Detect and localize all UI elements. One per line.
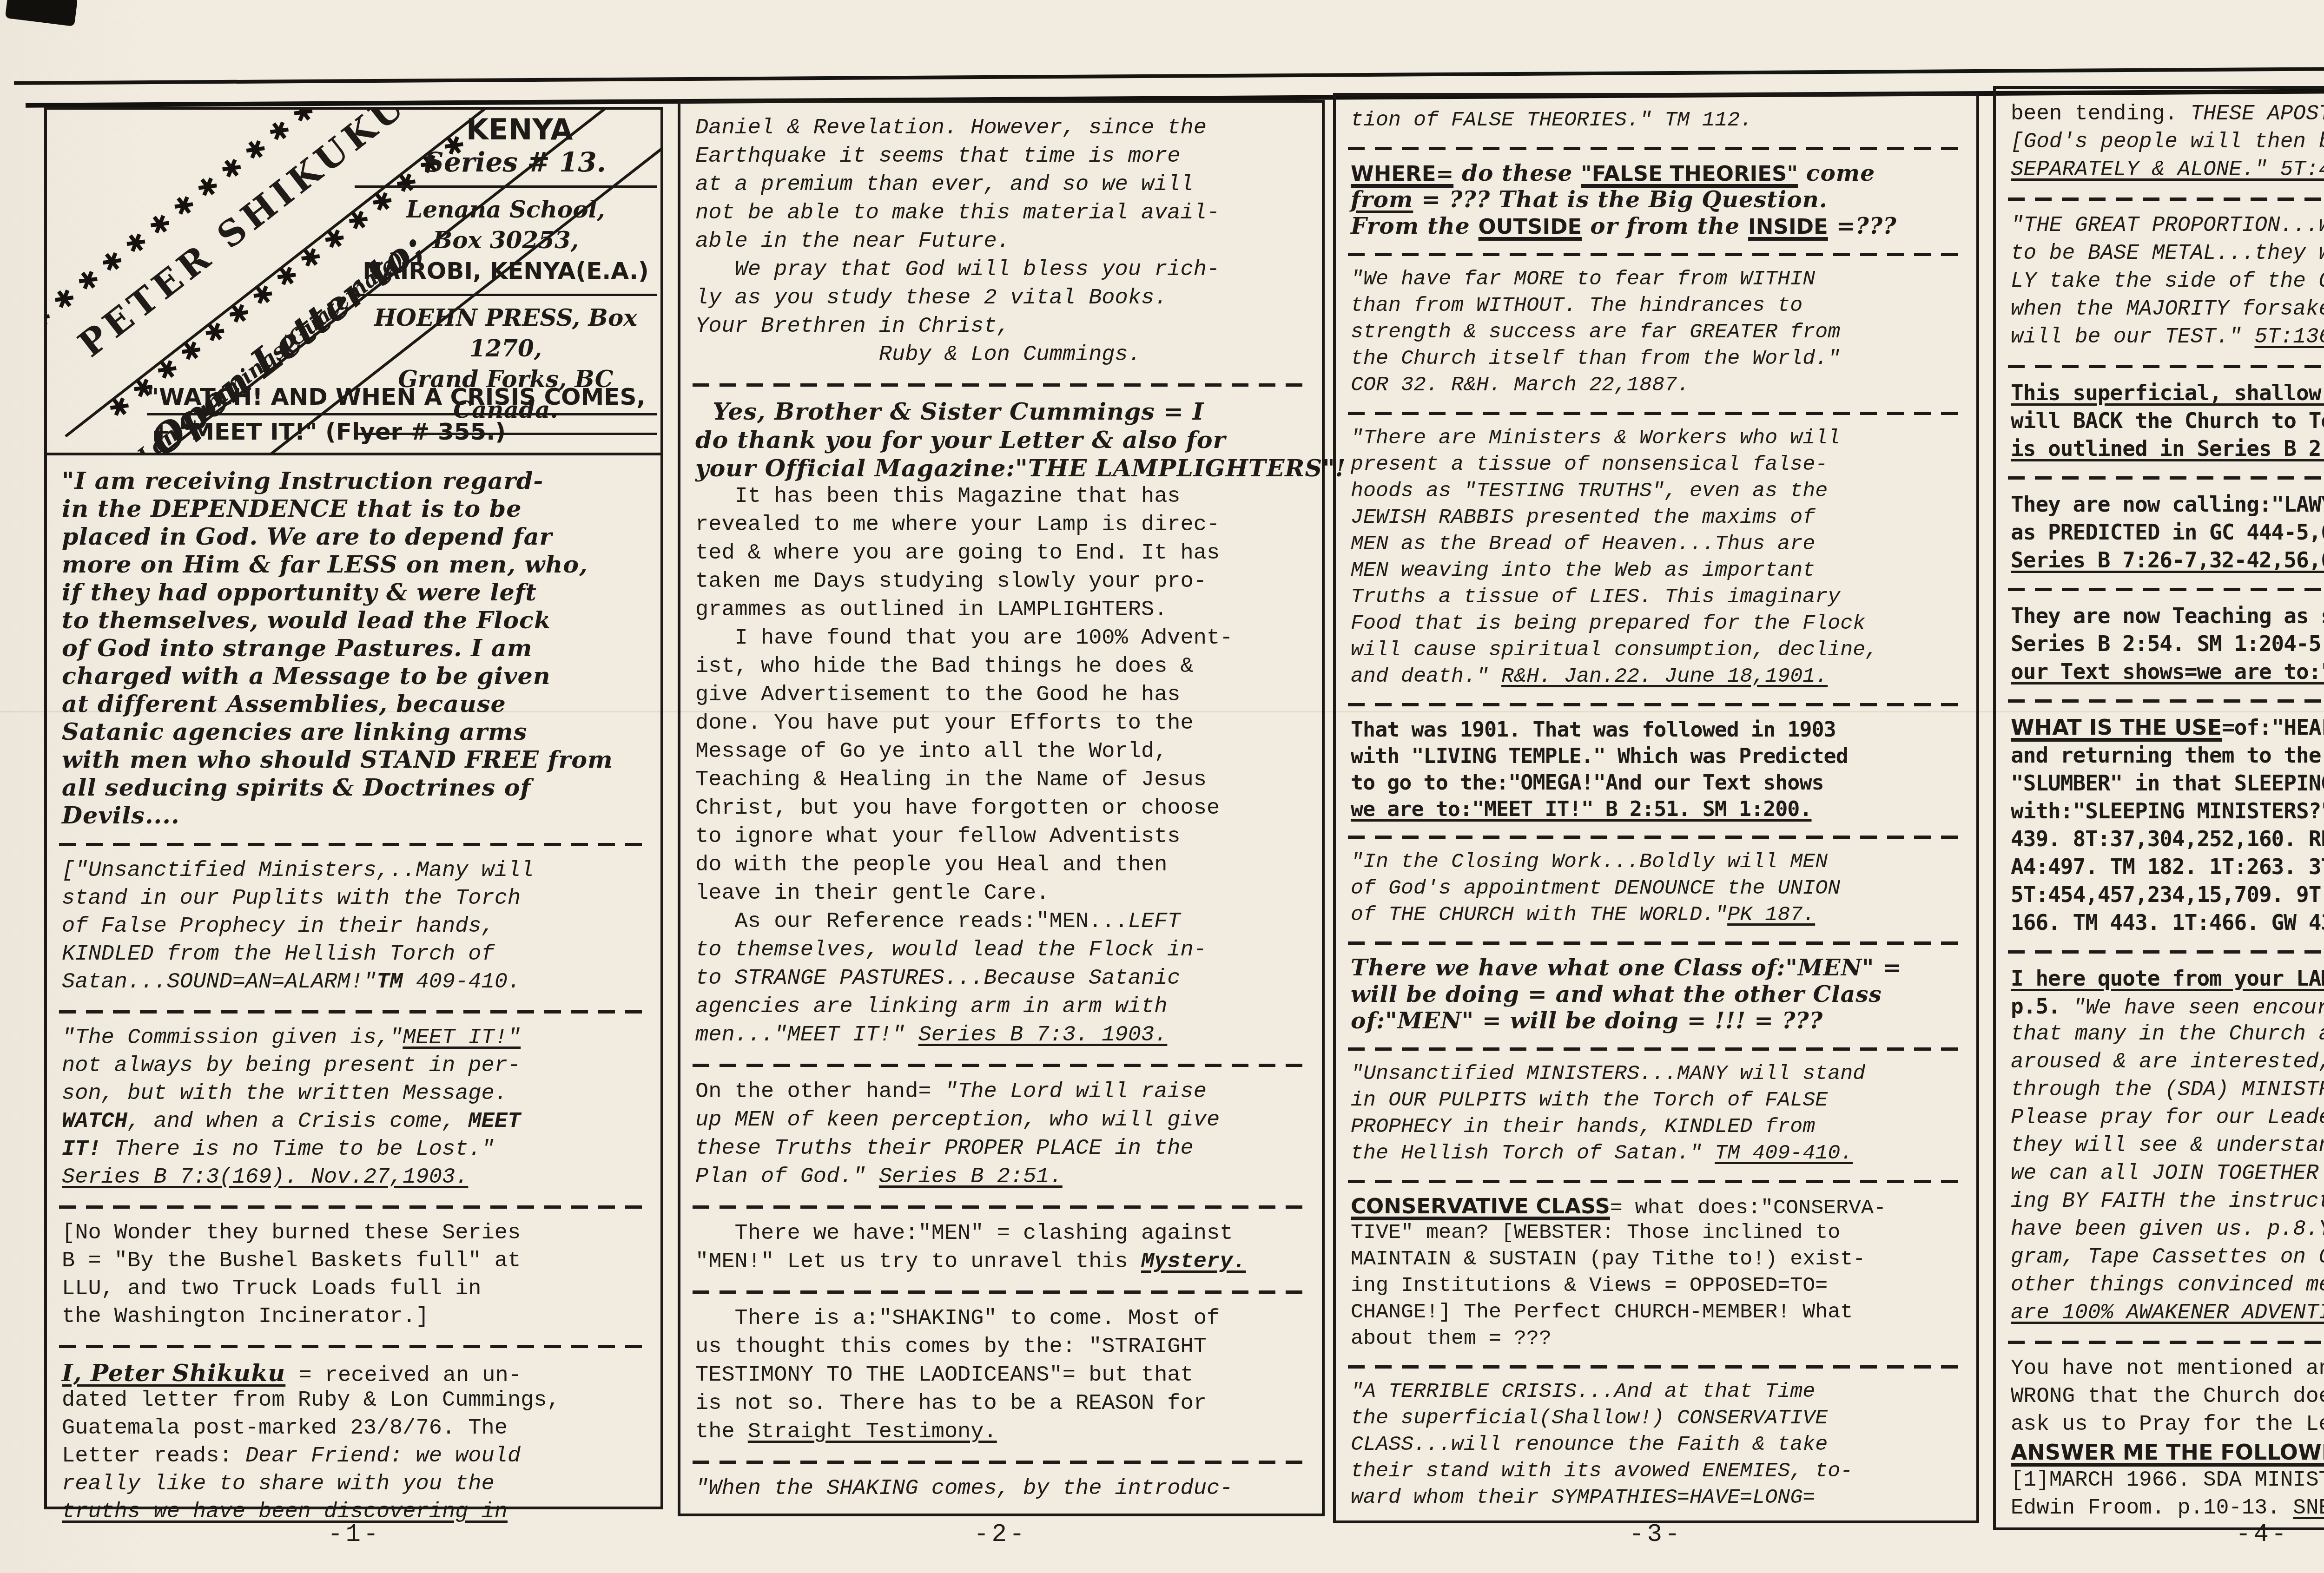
text-segment: LLU, and two Truck Loads full in <box>62 1277 482 1301</box>
text-segment: "The Commission given is," <box>62 1026 403 1050</box>
text-line: will BACK the Church to Teach what <box>2011 407 2324 434</box>
text-line: tion of FALSE THEORIES." TM 112. <box>1351 107 1964 133</box>
text-segment: [1]MARCH 1966. SDA MINISTRY. Leroy <box>2011 1468 2324 1492</box>
text-line: our Text shows=we are to:"MEET IT!" <box>2011 658 2324 685</box>
text-segment: the <box>695 1420 748 1444</box>
text-segment: and returning them to the Death-like <box>2011 743 2324 768</box>
text-line: of:"MEN" = will be doing = !!! = ??? <box>1351 1007 1964 1034</box>
text-line: will be doing = and what the other Class <box>1351 981 1964 1007</box>
column-4: been tending. THESE APOSTATES...[God's p… <box>1993 86 2324 1530</box>
text-line: TESTIMONY TO THE LAODICEANS"= but that <box>695 1361 1310 1389</box>
text-line: We pray that God will bless you rich- <box>695 256 1310 284</box>
text-segment: leave in their gentle Care. <box>695 881 1050 906</box>
text-line: They are now calling:"LAWYERS" in <box>2011 490 2324 518</box>
text-segment: Guatemala post-marked 23/8/76. The <box>62 1416 508 1441</box>
text-line: in OUR PULPITS with the Torch of FALSE <box>1351 1087 1964 1113</box>
dashed-divider <box>695 369 1310 397</box>
text-line: p.5. "We have seen encouraging signs <box>2011 992 2324 1020</box>
text-line: CONSERVATIVE CLASS= what does:"CONSERVA- <box>1351 1193 1964 1219</box>
text-line: I, Peter Shikuku = received an un- <box>62 1359 648 1387</box>
text-segment: We pray that God will bless you rich- <box>695 257 1220 282</box>
text-segment: up MEN of keen perception, who will give <box>695 1108 1220 1132</box>
text-line: "A TERRIBLE CRISIS...And at that Time <box>1351 1378 1964 1405</box>
text-line: about them = ??? <box>1351 1325 1964 1352</box>
text-segment: with men who should STAND FREE from <box>62 745 613 773</box>
text-line: MAINTAIN & SUSTAIN (pay Tithe to!) exist… <box>1351 1246 1964 1272</box>
text-segment: and death." <box>1351 665 1501 688</box>
text-segment: to be BASE METAL...they will COWARD- <box>2011 241 2324 265</box>
text-line: CHANGE!] The Perfect CHURCH-MEMBER! What <box>1351 1299 1964 1325</box>
text-line: grammes as outlined in LAMPLIGHTERS. <box>695 596 1310 624</box>
text-segment: 5T:454,457,234,15,709. 9T:40. 6T: <box>2011 882 2324 907</box>
text-line: present a tissue of nonsensical false- <box>1351 451 1964 478</box>
text-segment: really like to share with you the <box>62 1472 495 1496</box>
column-3: tion of FALSE THEORIES." TM 112.WHERE= d… <box>1333 93 1979 1523</box>
text-line: Guatemala post-marked 23/8/76. The <box>62 1415 648 1442</box>
text-segment: all seducing spirits & Doctrines of <box>62 773 531 801</box>
masthead-country: KENYA <box>355 112 657 146</box>
text-segment: than from WITHOUT. The hindrances to <box>1351 294 1802 317</box>
text-line: will cause spiritual consumption, declin… <box>1351 637 1964 663</box>
text-segment: "The Lord will raise <box>944 1079 1207 1104</box>
text-segment: Ruby & Lon Cummings. <box>695 342 1141 367</box>
dashed-divider <box>1351 928 1964 954</box>
text-line: with:"SLEEPING MINISTERS?" 2T:337, <box>2011 797 2324 825</box>
text-line: really like to share with you the <box>62 1470 648 1498</box>
text-line: Series B 2:54. SM 1:204-5. And as <box>2011 630 2324 658</box>
text-segment: = ??? That is the Big Question. <box>1413 186 1828 213</box>
page-number-3: -3- <box>1629 1520 1683 1549</box>
text-line: not always by being present in per- <box>62 1052 648 1080</box>
text-segment: "There are Ministers & Workers who will <box>1351 426 1840 450</box>
text-line: of God's appointment DENOUNCE the UNION <box>1351 875 1964 902</box>
text-line: to ignore what your fellow Adventists <box>695 823 1310 851</box>
column-3-text: tion of FALSE THEORIES." TM 112.WHERE= d… <box>1336 96 1976 1511</box>
text-segment: Teaching & Healing in the Name of Jesus <box>695 768 1207 792</box>
scan-corner-smudge <box>5 0 78 26</box>
text-segment: will BACK the Church to Teach what <box>2011 408 2324 433</box>
text-segment: WHAT IS THE USE <box>2011 715 2222 740</box>
text-line: as PREDICTED in GC 444-5,606-8. <box>2011 518 2324 546</box>
text-line: ward whom their SYMPATHIES=HAVE=LONG= <box>1351 1484 1964 1511</box>
text-segment: =??? <box>1828 213 1897 239</box>
text-line: ing BY FAITH the instructions that <box>2011 1187 2324 1215</box>
text-segment: This superficial, shallow MAJORITY= <box>2011 380 2324 405</box>
text-line: if they had opportunity & were left <box>62 578 648 606</box>
text-segment: is not so. There has to be a REASON for <box>695 1391 1207 1416</box>
text-segment: OUTSIDE <box>1479 214 1582 239</box>
text-segment: have been given us. p.8.Your pro- <box>2011 1217 2324 1241</box>
text-line: SEPARATELY & ALONE." 5T:463. <box>2011 156 2324 184</box>
text-line: You have not mentioned anything <box>2011 1355 2324 1382</box>
dashed-divider <box>2011 574 2324 602</box>
dashed-divider <box>1351 690 1964 716</box>
dashed-divider <box>2011 936 2324 964</box>
text-line: "Unsanctified MINISTERS...MANY will stan… <box>1351 1060 1964 1087</box>
text-segment: stand in our Puplits with the Torch <box>62 886 521 911</box>
text-segment: gram, Tape Cassettes on COR= & many <box>2011 1245 2324 1269</box>
text-segment: MEET <box>468 1109 521 1134</box>
text-line: A4:497. TM 182. 1T:263. 3T:254,473. <box>2011 853 2324 881</box>
text-line: at a premium than ever, and so we will <box>695 171 1310 199</box>
text-line: men..."MEET IT!" Series B 7:3. 1903. <box>695 1021 1310 1049</box>
text-line: to STRANGE PASTURES...Because Satanic <box>695 964 1310 993</box>
text-line: are 100% AWAKENER ADVENTISTS... <box>2011 1299 2324 1327</box>
text-segment: ly as you study these 2 vital Books. <box>695 286 1167 310</box>
text-segment: give Advertisement to the Good he has <box>695 683 1181 707</box>
text-segment: men..."MEET IT!" <box>695 1023 918 1047</box>
text-line: ly as you study these 2 vital Books. <box>695 284 1310 312</box>
text-line: Series B 7:3(169). Nov.27,1903. <box>62 1164 648 1191</box>
text-segment: Series B 7:3(169). Nov.27,1903. <box>62 1165 468 1190</box>
text-line: Yes, Brother & Sister Cummings = I <box>695 397 1310 426</box>
text-line: is outlined in Series B 2:49-58. <box>2011 434 2324 462</box>
text-line: the superficial(Shallow!) CONSERVATIVE <box>1351 1405 1964 1431</box>
address-city: NAIROBI, KENYA(E.A.) <box>355 256 657 286</box>
press-line-1: HOEHN PRESS, Box 1270, <box>355 303 657 364</box>
dashed-divider <box>1351 239 1964 266</box>
text-line: 5T:454,457,234,15,709. 9T:40. 6T: <box>2011 881 2324 908</box>
text-segment: PK 187. <box>1727 903 1815 927</box>
text-segment: ing Institutions & Views = OPPOSED=TO= <box>1351 1274 1828 1297</box>
text-line: other things convinced me that you <box>2011 1271 2324 1299</box>
text-line: Teaching & Healing in the Name of Jesus <box>695 766 1310 794</box>
text-line: MEN weaving into the Web as important <box>1351 557 1964 584</box>
text-segment: Satan...SOUND=AN=ALARM!" <box>62 970 376 994</box>
text-line: ist, who hide the Bad things he does & <box>695 652 1310 681</box>
dashed-divider <box>2011 184 2324 211</box>
text-line: of God into strange Pastures. I am <box>62 634 648 662</box>
text-segment: JEWISH RABBIS presented the maxims of <box>1351 506 1815 529</box>
text-segment: Message of Go ye into all the World, <box>695 739 1167 764</box>
text-line: and death." R&H. Jan.22. June 18,1901. <box>1351 663 1964 690</box>
page-number-4: -4- <box>2236 1520 2289 1549</box>
text-segment: INSIDE <box>1748 214 1828 239</box>
dashed-divider <box>2011 1327 2324 1355</box>
text-line: than from WITHOUT. The hindrances to <box>1351 292 1964 319</box>
text-segment: ted & where you are going to End. It has <box>695 541 1220 566</box>
masthead: ✱✱✱✱✱✱✱✱✱✱✱✱ PETER SHIKUKU ✱✱✱✱✱✱✱✱✱✱✱✱✱… <box>47 110 660 455</box>
text-segment: IT! <box>62 1137 101 1162</box>
text-segment: SEPARATELY & ALONE." 5T:463. <box>2011 158 2324 182</box>
text-line: "In the Closing Work...Boldly will MEN <box>1351 849 1964 875</box>
text-line: the Church itself than from the World." <box>1351 345 1964 372</box>
column-2-text: Daniel & Revelation. However, since theE… <box>680 103 1322 1503</box>
text-segment: WHERE= <box>1351 161 1453 186</box>
text-segment: as PREDICTED in GC 444-5,606-8. <box>2011 520 2324 545</box>
text-segment: Earthquake it seems that time is more <box>695 144 1181 169</box>
text-segment: Edwin Froom. p.10-13. <box>2011 1496 2293 1520</box>
text-line: Series B 7:26-7,32-42,56,61,63-4. <box>2011 546 2324 574</box>
text-segment: It has been this Magazine that has <box>695 484 1181 509</box>
text-segment: Series B 2:54. SM 1:204-5. And as <box>2011 631 2324 656</box>
text-segment: Yes, Brother & Sister Cummings = I <box>695 397 1204 425</box>
text-segment: 166. TM 443. 1T:466. GW 437. <box>2011 910 2324 935</box>
text-segment: of False Prophecy in their hands, <box>62 914 495 939</box>
text-segment: to go to the:"OMEGA!"And our Text shows <box>1351 770 1824 795</box>
text-line: Edwin Froom. p.10-13. SNEERING at: <box>2011 1494 2324 1522</box>
text-segment: p.5. <box>2011 994 2073 1019</box>
text-segment: = received an un- <box>285 1363 522 1388</box>
text-segment: do thank you for your Letter & also for <box>695 426 1226 454</box>
text-line: CLASS...will renounce the Faith & take <box>1351 1431 1964 1458</box>
text-line: give Advertisement to the Good he has <box>695 681 1310 709</box>
text-line: hoods as "TESTING TRUTHS", even as the <box>1351 478 1964 504</box>
text-line: "There are Ministers & Workers who will <box>1351 425 1964 451</box>
text-segment: revealed to me where your Lamp is direc- <box>695 513 1220 537</box>
text-segment: That was 1901. That was followed in 1903 <box>1351 717 1836 742</box>
text-segment: MEN weaving into the Web as important <box>1351 559 1815 582</box>
text-segment: TM 409-410. <box>1715 1141 1853 1165</box>
text-line: 439. 8T:37,304,252,160. RH A3:343, <box>2011 825 2324 853</box>
text-segment: , and when a Crisis come, <box>127 1109 468 1134</box>
text-segment: do with the people you Heal and then <box>695 853 1167 877</box>
text-segment: There we have what one Class of:"MEN" = <box>1351 954 1902 981</box>
dashed-divider <box>2011 685 2324 713</box>
text-line: will be our TEST." 5T:136. <box>2011 323 2324 351</box>
text-segment: 439. 8T:37,304,252,160. RH A3:343, <box>2011 826 2324 851</box>
text-line: WATCH, and when a Crisis come, MEET <box>62 1108 648 1136</box>
text-segment: "I am receiving Instruction regard- <box>62 467 543 494</box>
text-line: gram, Tape Cassettes on COR= & many <box>2011 1243 2324 1271</box>
text-segment: "In the Closing Work...Boldly will MEN <box>1351 850 1828 874</box>
text-line: your Official Magazine:"THE LAMPLIGHTERS… <box>695 454 1310 482</box>
text-segment: MAINTAIN & SUSTAIN (pay Tithe to!) exist… <box>1351 1247 1865 1271</box>
text-segment: I, Peter Shikuku <box>62 1359 285 1387</box>
text-segment: B = "By the Bushel Baskets full" at <box>62 1249 521 1273</box>
text-segment: WATCH <box>62 1109 127 1134</box>
text-line: stand in our Puplits with the Torch <box>62 885 648 913</box>
dashed-divider <box>62 1331 648 1359</box>
text-segment: aroused & are interested, especially <box>2011 1050 2324 1074</box>
text-segment: our Text shows=we are to:"MEET IT!" <box>2011 659 2324 684</box>
text-segment: CONSERVATIVE CLASS <box>1351 1194 1610 1218</box>
text-line: [1]MARCH 1966. SDA MINISTRY. Leroy <box>2011 1466 2324 1494</box>
text-line: been tending. THESE APOSTATES... <box>2011 100 2324 128</box>
text-segment: "MEN!" Let us try to unravel this <box>695 1250 1141 1274</box>
text-segment: A4:497. TM 182. 1T:263. 3T:254,473. <box>2011 854 2324 879</box>
text-line: "SLUMBER" in that SLEEPING CHURCH <box>2011 769 2324 797</box>
text-segment: strength & success are far GREATER from <box>1351 320 1840 344</box>
text-line: charged with a Message to be given <box>62 662 648 690</box>
text-line: This superficial, shallow MAJORITY= <box>2011 379 2324 407</box>
text-line: ask us to Pray for the Leaders. <box>2011 1410 2324 1438</box>
dashed-divider <box>695 1191 1310 1219</box>
text-segment: when the MAJORITY forsake us..this <box>2011 297 2324 321</box>
text-segment: truths we have been discovering in <box>62 1500 508 1524</box>
text-line: Food that is being prepared for the Floc… <box>1351 610 1964 637</box>
newsletter-scan-page: ✱✱✱✱✱✱✱✱✱✱✱✱ PETER SHIKUKU ✱✱✱✱✱✱✱✱✱✱✱✱✱… <box>0 0 2324 1573</box>
text-segment: of God's appointment DENOUNCE the UNION <box>1351 876 1840 900</box>
text-segment: grammes as outlined in LAMPLIGHTERS. <box>695 598 1167 622</box>
text-line: I have found that you are 100% Advent- <box>695 624 1310 652</box>
text-line: They are now Teaching as shown in <box>2011 602 2324 630</box>
text-segment: we can all JOIN TOGETHER in follow- <box>2011 1161 2324 1185</box>
text-segment: the Hellish Torch of Satan." <box>1351 1141 1715 1165</box>
text-line: ["Unsanctified Ministers,..Many will <box>62 857 648 885</box>
text-segment: tion of FALSE THEORIES." TM 112. <box>1351 108 1752 132</box>
text-segment: Truths a tissue of LIES. This imaginary <box>1351 585 1840 609</box>
text-segment: in the DEPENDENCE that is to be <box>62 494 522 522</box>
text-segment: Christ, but you have forgotten or choose <box>695 796 1220 821</box>
text-line: through the (SDA) MINISTRY MAGAZINE. <box>2011 1076 2324 1104</box>
dashed-divider <box>1351 822 1964 849</box>
text-line: agencies are linking arm in arm with <box>695 993 1310 1021</box>
text-segment: MEET IT!" <box>403 1026 521 1050</box>
text-line: from = ??? That is the Big Question. <box>1351 186 1964 213</box>
text-segment: TESTIMONY TO THE LAODICEANS"= but that <box>695 1363 1194 1388</box>
dashed-divider <box>2011 351 2324 379</box>
tagline-watch: "WATCH! AND WHEN A CRISIS COMES, <box>147 381 657 413</box>
text-segment: TIVE" mean? [WEBSTER: Those inclined to <box>1351 1221 1840 1244</box>
dashed-divider <box>695 1446 1310 1474</box>
text-line: strength & success are far GREATER from <box>1351 319 1964 345</box>
text-line: There we have what one Class of:"MEN" = <box>1351 954 1964 981</box>
text-segment: taken me Days studying slowly your pro- <box>695 569 1207 594</box>
text-line: From the OUTSIDE or from the INSIDE =??? <box>1351 213 1964 239</box>
text-line: Please pray for our Leaders..that <box>2011 1104 2324 1132</box>
text-segment: "SLUMBER" in that SLEEPING CHURCH <box>2011 770 2324 796</box>
text-segment: There is a:"SHAKING" to come. Most of <box>695 1306 1220 1331</box>
text-segment: dated letter from Ruby & Lon Cummings, <box>62 1388 560 1413</box>
text-segment: TM <box>376 970 403 994</box>
text-segment: "A TERRIBLE CRISIS...And at that Time <box>1351 1380 1815 1403</box>
dashed-divider <box>1351 1166 1964 1193</box>
text-line: and returning them to the Death-like <box>2011 741 2324 769</box>
text-line: B = "By the Bushel Baskets full" at <box>62 1247 648 1275</box>
text-segment: other things convinced me that you <box>2011 1273 2324 1297</box>
text-line: TIVE" mean? [WEBSTER: Those inclined to <box>1351 1219 1964 1246</box>
text-segment: "We have seen encouraging signs <box>2073 996 2324 1020</box>
text-line: Plan of God." Series B 2:51. <box>695 1163 1310 1191</box>
text-line: LY take the side of the OPPOSERS... <box>2011 267 2324 295</box>
text-segment: [God's people will then be] perhaps <box>2011 130 2324 154</box>
text-line: at different Assemblies, because <box>62 690 648 717</box>
text-line: Devils.... <box>62 801 648 829</box>
text-segment: SNEERING at: <box>2293 1496 2324 1520</box>
text-line: the Straight Testimony. <box>695 1418 1310 1446</box>
text-segment: to themselves, would lead the Flock in- <box>695 938 1207 962</box>
dashed-divider <box>2011 462 2324 490</box>
text-segment: do these <box>1453 160 1581 186</box>
text-segment: Please pray for our Leaders..that <box>2011 1106 2324 1130</box>
text-line: these Truths their PROPER PLACE in the <box>695 1134 1310 1163</box>
text-line: all seducing spirits & Doctrines of <box>62 773 648 801</box>
text-segment: present a tissue of nonsensical false- <box>1351 453 1828 476</box>
text-line: of False Prophecy in their hands, <box>62 913 648 941</box>
text-segment: "THE GREAT PROPORTION...will prove <box>2011 213 2324 237</box>
text-segment: the superficial(Shallow!) CONSERVATIVE <box>1351 1406 1828 1430</box>
dashed-divider <box>1351 398 1964 425</box>
text-line: with "LIVING TEMPLE." Which was Predicte… <box>1351 743 1964 769</box>
text-line: done. You have put your Efforts to the <box>695 709 1310 737</box>
text-line: "MEN!" Let us try to unravel this Myster… <box>695 1248 1310 1276</box>
dashed-divider <box>62 1191 648 1219</box>
text-segment: ["Unsanctified Ministers,..Many will <box>62 858 534 883</box>
page-number-1: -1- <box>328 1520 381 1549</box>
text-segment: LEFT <box>1128 909 1181 934</box>
text-segment: There we have:"MEN" = clashing against <box>695 1221 1233 1246</box>
text-line: Satanic agencies are linking arms <box>62 717 648 745</box>
text-line: Your Brethren in Christ, <box>695 312 1310 341</box>
text-line: son, but with the written Message. <box>62 1080 648 1108</box>
text-segment: Straight Testimony. <box>748 1420 997 1444</box>
text-segment: will cause spiritual consumption, declin… <box>1351 638 1878 662</box>
text-segment: Daniel & Revelation. However, since the <box>695 116 1207 140</box>
text-segment: I here quote from your LAMPLIGHTERS <box>2011 966 2324 991</box>
text-segment: KINDLED from the Hellish Torch of <box>62 942 495 967</box>
text-line: to themselves, would lead the Flock in- <box>695 936 1310 964</box>
text-line: ANSWER ME THE FOLLOWING QUESTIONS: <box>2011 1438 2324 1466</box>
text-segment: Devils.... <box>62 801 180 829</box>
text-segment: through the (SDA) MINISTRY MAGAZINE. <box>2011 1078 2324 1102</box>
text-line: Truths a tissue of LIES. This imaginary <box>1351 584 1964 610</box>
text-line: Letter reads: Dear Friend: we would <box>62 1442 648 1470</box>
text-segment: to STRANGE PASTURES...Because Satanic <box>695 966 1181 991</box>
text-segment: Satanic agencies are linking arms <box>62 717 527 745</box>
stars-row-1: ✱✱✱✱✱✱✱✱✱✱✱✱ <box>47 110 330 337</box>
text-segment: been tending. <box>2011 102 2190 126</box>
text-segment: will be doing = and what the other Class <box>1351 981 1882 1007</box>
text-line: taken me Days studying slowly your pro- <box>695 567 1310 596</box>
text-segment: "Unsanctified MINISTERS...MANY will stan… <box>1351 1062 1865 1086</box>
text-segment: from <box>1351 186 1413 213</box>
text-line: "We have far MORE to fear from WITHIN <box>1351 266 1964 292</box>
sender-address: Lenana School, Box 30253, NAIROBI, KENYA… <box>355 188 657 296</box>
dashed-divider <box>695 1049 1310 1078</box>
text-segment: Plan of God." <box>695 1165 879 1189</box>
text-line: is not so. There has to be a REASON for <box>695 1389 1310 1418</box>
text-segment: R&H. Jan.22. June 18,1901. <box>1501 665 1828 688</box>
masthead-series-number: Series # 13. <box>355 146 657 188</box>
text-segment: placed in God. We are to depend far <box>62 522 552 550</box>
text-line: ing Institutions & Views = OPPOSED=TO= <box>1351 1272 1964 1299</box>
text-line: KINDLED from the Hellish Torch of <box>62 941 648 968</box>
text-segment: charged with a Message to be given <box>62 662 551 690</box>
text-line: their stand with its avowed ENEMIES, to- <box>1351 1458 1964 1484</box>
text-segment: at different Assemblies, because <box>62 690 506 717</box>
text-line: they will see & understand & that <box>2011 1132 2324 1159</box>
text-segment: ist, who hide the Bad things he does & <box>695 654 1194 679</box>
text-line: that many in the Church are being <box>2011 1020 2324 1048</box>
address-box: Box 30253, <box>355 225 657 256</box>
text-segment: done. You have put your Efforts to the <box>695 711 1194 736</box>
text-segment: "FALSE THEORIES" <box>1581 161 1798 186</box>
text-line: Earthquake it seems that time is more <box>695 142 1310 171</box>
text-segment: Letter reads: <box>62 1444 245 1468</box>
text-line: IT! There is no Time to be Lost." <box>62 1136 648 1164</box>
text-segment: us thought this comes by the: "STRAIGHT <box>695 1335 1207 1359</box>
text-segment: =of:"HEALING" people <box>2222 715 2324 740</box>
text-line: [God's people will then be] perhaps <box>2011 128 2324 156</box>
text-line: [No Wonder they burned these Series <box>62 1219 648 1247</box>
text-segment: 5T:136. <box>2255 325 2324 349</box>
text-segment: "When the SHAKING comes, by the introduc… <box>695 1476 1233 1501</box>
text-segment: son, but with the written Message. <box>62 1081 508 1106</box>
text-line: able in the near Future. <box>695 227 1310 256</box>
text-segment: COR 32. R&H. March 22,1887. <box>1351 373 1690 397</box>
text-segment: Your Brethren in Christ, <box>695 314 1010 339</box>
text-line: up MEN of keen perception, who will give <box>695 1106 1310 1134</box>
text-segment: they will see & understand & that <box>2011 1133 2324 1158</box>
text-segment: that many in the Church are being <box>2011 1022 2324 1046</box>
text-segment: I have found that you are 100% Advent- <box>695 626 1233 651</box>
text-segment: [No Wonder they burned these Series <box>62 1221 521 1245</box>
text-line: "When the SHAKING comes, by the introduc… <box>695 1474 1310 1503</box>
text-segment: They are now Teaching as shown in <box>2011 603 2324 628</box>
text-segment: the Washington Incinerator.] <box>62 1304 429 1329</box>
text-segment: There is no Time to be Lost." <box>101 1137 495 1162</box>
